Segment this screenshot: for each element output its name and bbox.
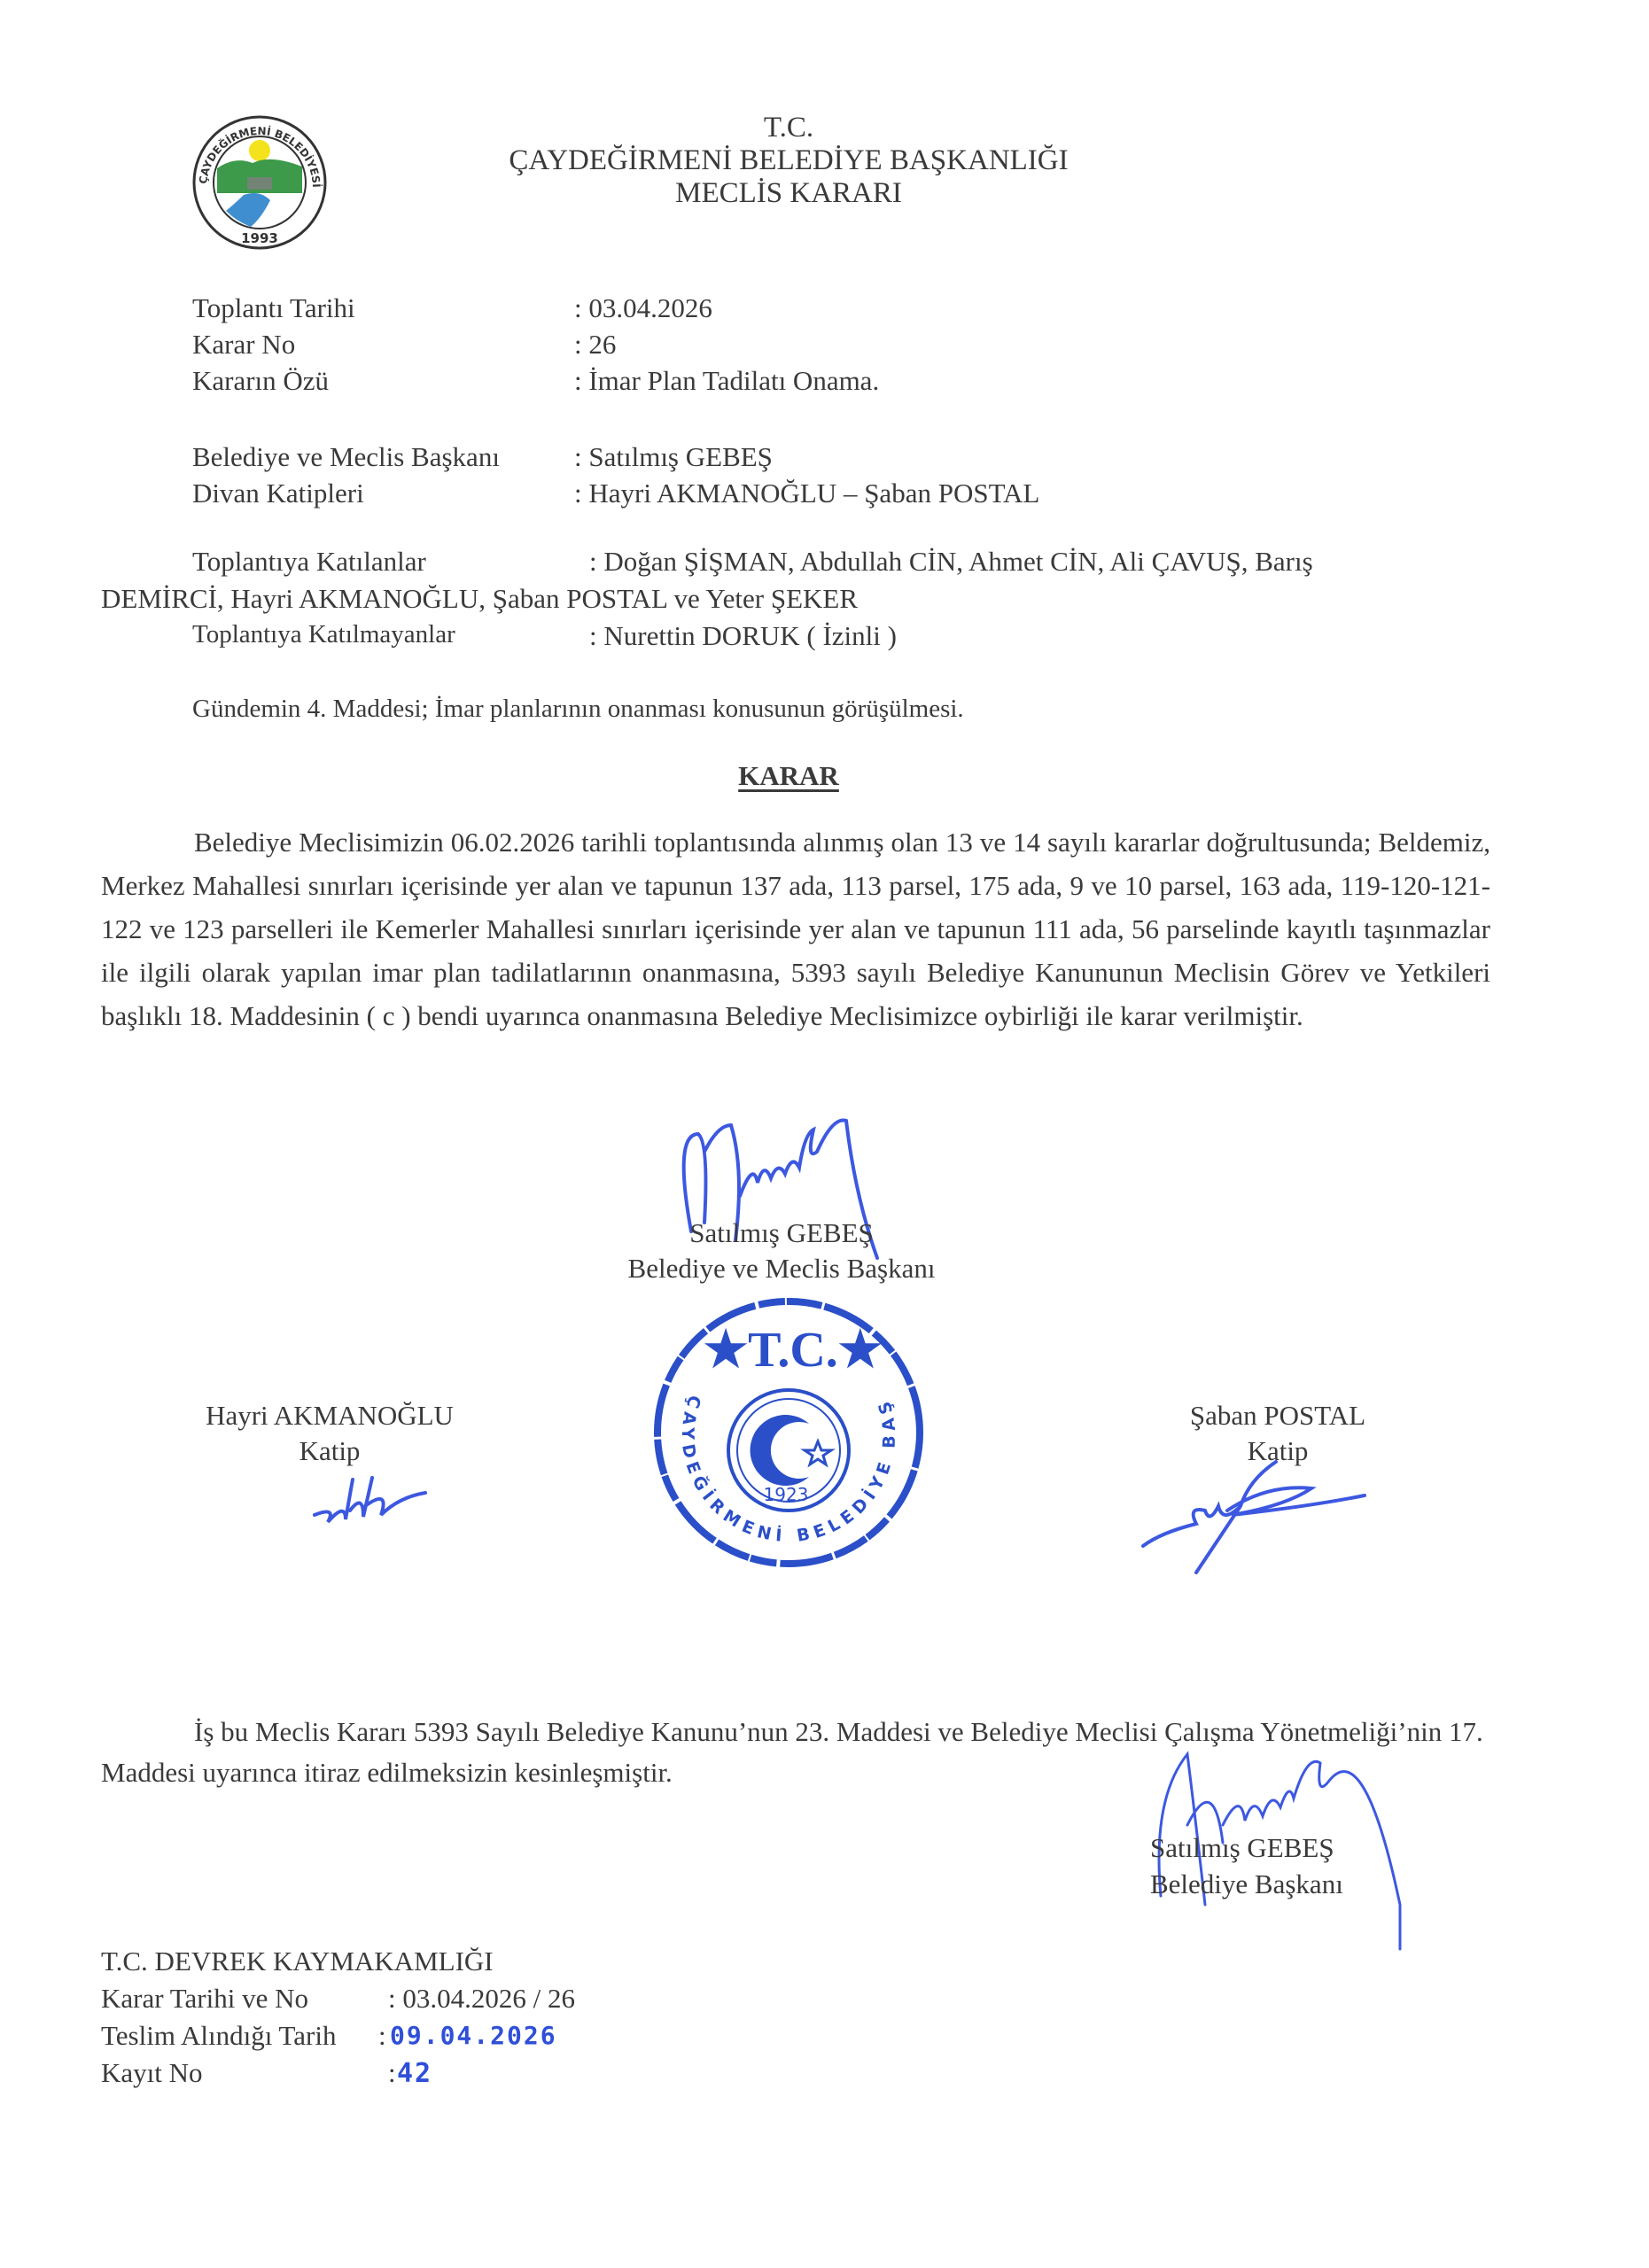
header-municipality: ÇAYDEĞİRMENİ BELEDİYE BAŞKANLIĞI [346, 146, 1232, 175]
kaymakamlik-title: T.C. DEVREK KAYMAKAMLIĞI [101, 1947, 494, 1975]
header-tc: T.C. [346, 113, 1232, 143]
chair-title: Belediye ve Meclis Başkanı [560, 1251, 1003, 1286]
final-signer-title: Belediye Başkanı [1150, 1866, 1343, 1902]
present-value-cont: DEMİRCİ, Hayri AKMANOĞLU, Şaban POSTAL v… [101, 585, 858, 612]
municipality-logo: 1993 ÇAYDEĞİRMENİ BELEDİYESİ [191, 113, 329, 252]
absent-label: Toplantıya Katılmayanlar [192, 622, 455, 648]
seal-center-text: ★T.C.★ [704, 1323, 883, 1378]
final-signer-block: Satılmış GEBEŞ Belediye Başkanı [1150, 1829, 1343, 1902]
kaymakamlik-decision-label: Karar Tarihi ve No [101, 1984, 308, 2012]
chair-value: : Satılmış GEBEŞ [574, 443, 773, 470]
official-seal: ★T.C.★ 1923 ÇAYDEĞİRMENİ BELEDİYE BAŞKAN… [651, 1295, 926, 1570]
chair-label: Belediye ve Meclis Başkanı [192, 443, 500, 470]
clerk1-name: Hayri AKMANOĞLU [152, 1398, 507, 1433]
final-signer-name: Satılmış GEBEŞ [1150, 1829, 1343, 1866]
kaymakamlik-received-label: Teslim Alındığı Tarih [101, 2022, 336, 2049]
agenda: Gündemin 4. Maddesi; İmar planlarının on… [192, 696, 964, 722]
clerks-value: : Hayri AKMANOĞLU – Şaban POSTAL [574, 479, 1039, 507]
kaymakamlik-record-colon: : [388, 2059, 396, 2086]
header-doc-type: MECLİS KARARI [346, 179, 1232, 208]
decision-title: KARAR [700, 762, 877, 789]
decision-text: Belediye Meclisimizin 06.02.2026 tarihli… [101, 820, 1490, 1037]
clerk1-title: Katip [152, 1433, 507, 1469]
absent-value: : Nurettin DORUK ( İzinli ) [589, 622, 897, 649]
chair-name: Satılmış GEBEŞ [560, 1216, 1003, 1251]
decision-summary-value: : İmar Plan Tadilatı Onama. [574, 367, 879, 394]
meeting-date-label: Toplantı Tarihi [192, 294, 355, 322]
kaymakamlik-received-colon: : [378, 2022, 386, 2049]
clerk1-signature [310, 1471, 434, 1533]
clerk2-name: Şaban POSTAL [1118, 1398, 1437, 1433]
meeting-date-value: : 03.04.2026 [574, 294, 712, 322]
seal-year: 1923 [764, 1484, 809, 1505]
decision-no-value: : 26 [574, 330, 616, 358]
kaymakamlik-received-value: 09.04.2026 [390, 2023, 557, 2048]
clerk2-signature [1134, 1444, 1382, 1577]
kaymakamlik-decision-value: : 03.04.2026 / 26 [388, 1984, 575, 2012]
clerk1-signature-block: Hayri AKMANOĞLU Katip [152, 1398, 507, 1469]
chair-signature-block: Satılmış GEBEŞ Belediye ve Meclis Başkan… [560, 1216, 1003, 1286]
kaymakamlik-record-value: 42 [397, 2061, 432, 2087]
present-label: Toplantıya Katılanlar [192, 548, 426, 575]
decision-summary-label: Kararın Özü [192, 367, 329, 394]
clerks-label: Divan Katipleri [192, 479, 364, 507]
present-value: : Doğan ŞİŞMAN, Abdullah CİN, Ahmet CİN,… [589, 548, 1313, 575]
kaymakamlik-record-label: Kayıt No [101, 2059, 203, 2086]
logo-year: 1993 [241, 230, 278, 246]
decision-no-label: Karar No [192, 330, 295, 358]
